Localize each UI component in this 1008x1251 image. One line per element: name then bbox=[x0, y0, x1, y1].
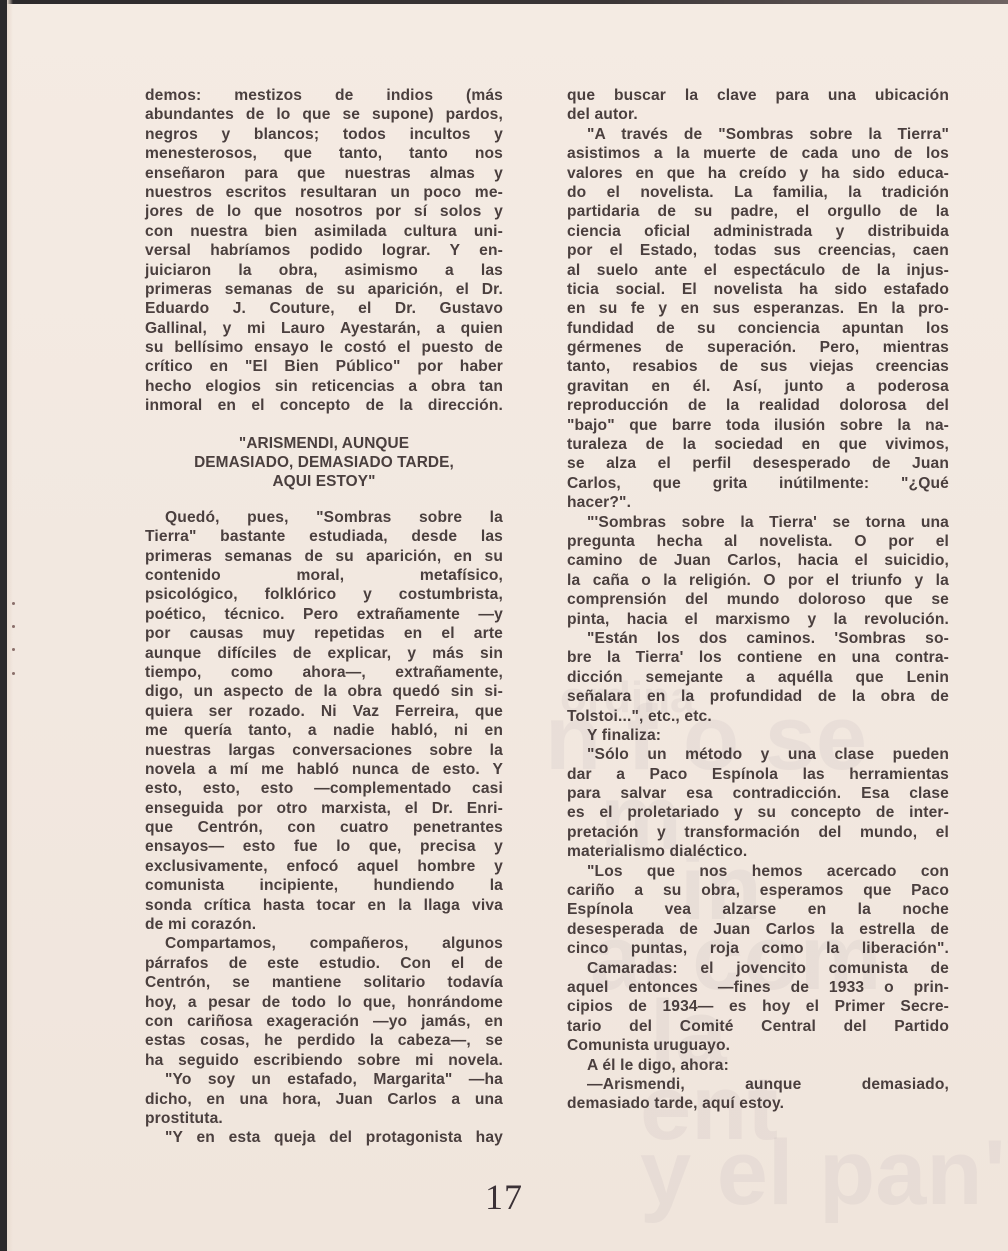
text-line: psicológico, folklórico y costumbrista, bbox=[145, 585, 503, 604]
text-line: su bellísimo ensayo le costó el puesto d… bbox=[145, 338, 503, 357]
text-line: cipios de 1934— es hoy el Primer Secre- bbox=[567, 997, 949, 1016]
text-line: gérmenes de superación. Pero, mientras bbox=[567, 338, 949, 357]
text-line: camino de Juan Carlos, hacia el suicidio… bbox=[567, 551, 949, 570]
text-line: negros y blancos; todos incultos y bbox=[145, 125, 503, 144]
text-line: ha seguido escribiendo sobre mi novela. bbox=[145, 1051, 503, 1070]
text-line: Tolstoi...", etc., etc. bbox=[567, 707, 949, 726]
text-line: es el proletariado y su concepto de inte… bbox=[567, 803, 949, 822]
text-line: demasiado tarde, aquí estoy. bbox=[567, 1094, 949, 1113]
text-line: tario del Comité Central del Partido bbox=[567, 1017, 949, 1036]
text-line: con cariñosa exageración —yo jamás, en bbox=[145, 1012, 503, 1031]
text-line: dar a Paco Espínola las herramientas bbox=[567, 765, 949, 784]
text-line: asistimos a la muerte de cada uno de los bbox=[567, 144, 949, 163]
text-line: aunque difíciles de explicar, y más sin bbox=[145, 644, 503, 663]
text-line: primeras semanas de su aparición, el Dr. bbox=[145, 280, 503, 299]
text-line: prostituta. bbox=[145, 1109, 503, 1128]
text-line: hacer?". bbox=[567, 493, 949, 512]
text-line: turaleza de la sociedad en que vivimos, bbox=[567, 435, 949, 454]
paragraph: "Los que nos hemos acercado con cariño a… bbox=[567, 862, 949, 959]
text-line: en su fe y en sus esperanzas. En la pro- bbox=[567, 299, 949, 318]
text-line: juiciaron la obra, asimismo a las bbox=[145, 261, 503, 280]
text-line: pregunta hecha al novelista. O por el bbox=[567, 532, 949, 551]
text-line: do el novelista. La familia, la tradició… bbox=[567, 183, 949, 202]
page-edge-left bbox=[0, 0, 7, 1251]
text-line: dicción semejante a aquélla que Lenin bbox=[567, 668, 949, 687]
text-line: Compartamos, compañeros, algunos bbox=[145, 934, 503, 953]
text-line: enseguida por otro marxista, el Dr. Enri… bbox=[145, 799, 503, 818]
text-line: que Centrón, con cuatro penetrantes bbox=[145, 818, 503, 837]
text-line: —Arismendi, aunque demasiado, bbox=[567, 1075, 949, 1094]
text-line: dicho, en una hora, Juan Carlos a una bbox=[145, 1090, 503, 1109]
text-line: fundidad de su conciencia apuntan los bbox=[567, 319, 949, 338]
paragraph: "'Sombras sobre la Tierra' se torna una … bbox=[567, 513, 949, 629]
text-line: ensayos— esto fue lo que, precisa y bbox=[145, 837, 503, 856]
text-line: tiempo, como ahora—, extrañamente, bbox=[145, 663, 503, 682]
text-line: Gallinal, y mi Lauro Ayestarán, a quien bbox=[145, 319, 503, 338]
text-line: demos: mestizos de indios (más bbox=[145, 86, 503, 105]
paragraph: "Yo soy un estafado, Margarita" —ha dich… bbox=[145, 1070, 503, 1128]
text-line: ticia social. El novelista ha sido estaf… bbox=[567, 280, 949, 299]
text-line: Camaradas: el jovencito comunista de bbox=[567, 959, 949, 978]
text-line: "Y en esta queja del protagonista hay bbox=[145, 1128, 503, 1147]
paragraph: que buscar la clave para una ubicación d… bbox=[567, 86, 949, 125]
text-line: del autor. bbox=[567, 105, 949, 124]
text-line: Espínola vea alzarse en la noche bbox=[567, 900, 949, 919]
text-line: por causas muy repetidas en el arte bbox=[145, 624, 503, 643]
text-line: novela a mí me habló nunca de esto. Y bbox=[145, 760, 503, 779]
heading-line: "ARISMENDI, AUNQUE bbox=[145, 434, 503, 453]
text-line: materialismo dialéctico. bbox=[567, 842, 949, 861]
paragraph: A él le digo, ahora: bbox=[567, 1056, 949, 1075]
text-line: crítico en "El Bien Público" por haber bbox=[145, 357, 503, 376]
right-column: que buscar la clave para una ubicación d… bbox=[567, 86, 949, 1114]
text-line: tanto, resabios de sus viejas creencias bbox=[567, 357, 949, 376]
text-line: "Los que nos hemos acercado con bbox=[567, 862, 949, 881]
margin-dot bbox=[12, 625, 15, 628]
text-line: cariño a su obra, esperamos que Paco bbox=[567, 881, 949, 900]
heading-line: DEMASIADO, DEMASIADO TARDE, bbox=[145, 453, 503, 472]
text-line: esto, esto, esto —complementado casi bbox=[145, 779, 503, 798]
text-line: Eduardo J. Couture, el Dr. Gustavo bbox=[145, 299, 503, 318]
scanned-page: ordina n f o se m in al com la ent y el … bbox=[0, 0, 1008, 1251]
text-line: jores de lo que nosotros por sí solos y bbox=[145, 202, 503, 221]
text-line: "Yo soy un estafado, Margarita" —ha bbox=[145, 1070, 503, 1089]
text-line: inmoral en el concepto de la dirección. bbox=[145, 396, 503, 415]
text-line: desesperada de Juan Carlos la estrella d… bbox=[567, 920, 949, 939]
text-line: "Están los dos caminos. 'Sombras so- bbox=[567, 629, 949, 648]
text-line: pretación y transformación del mundo, el bbox=[567, 823, 949, 842]
text-line: bre la Tierra' los contiene en una contr… bbox=[567, 648, 949, 667]
text-line: comprensión del mundo doloroso que se bbox=[567, 590, 949, 609]
text-line: Y finaliza: bbox=[567, 726, 949, 745]
text-line: estas cosas, he perdido la cabeza—, se bbox=[145, 1031, 503, 1050]
text-line: gravitan en él. Así, junto a poderosa bbox=[567, 377, 949, 396]
paragraph: Compartamos, compañeros, algunos párrafo… bbox=[145, 934, 503, 1070]
text-line: aquel entonces —fines de 1933 o prin- bbox=[567, 978, 949, 997]
text-line: "bajo" que barre toda ilusión sobre la n… bbox=[567, 416, 949, 435]
text-line: poético, técnico. Pero extrañamente —y bbox=[145, 605, 503, 624]
text-line: ciencia oficial administrada y distribui… bbox=[567, 222, 949, 241]
text-line: "'Sombras sobre la Tierra' se torna una bbox=[567, 513, 949, 532]
paragraph: Camaradas: el jovencito comunista de aqu… bbox=[567, 959, 949, 1056]
page-edge-top bbox=[0, 0, 1008, 4]
text-line: nuestros escritos resultaran un poco me- bbox=[145, 183, 503, 202]
text-line: quiera ser rozado. Ni Vaz Ferreira, que bbox=[145, 702, 503, 721]
text-line: cinco puntas, roja como la liberación". bbox=[567, 939, 949, 958]
paragraph: —Arismendi, aunque demasiado, demasiado … bbox=[567, 1075, 949, 1114]
paragraph: "Sólo un método y una clase pueden dar a… bbox=[567, 745, 949, 861]
text-line: "Sólo un método y una clase pueden bbox=[567, 745, 949, 764]
text-line: versal habríamos podido lograr. Y en- bbox=[145, 241, 503, 260]
paragraph: Quedó, pues, "Sombras sobre la Tierra" b… bbox=[145, 508, 503, 935]
text-line: contenido moral, metafísico, bbox=[145, 566, 503, 585]
text-line: por el Estado, todas sus creencias, caen bbox=[567, 241, 949, 260]
text-line: hecho elogios sin reticencias a obra tan bbox=[145, 377, 503, 396]
paragraph: demos: mestizos de indios (más abundante… bbox=[145, 86, 503, 416]
text-line: abundantes de lo que se supone) pardos, bbox=[145, 105, 503, 124]
text-line: Comunista uruguayo. bbox=[567, 1036, 949, 1055]
margin-dot bbox=[12, 602, 15, 605]
text-line: comunista incipiente, hundiendo la bbox=[145, 876, 503, 895]
section-heading: "ARISMENDI, AUNQUE DEMASIADO, DEMASIADO … bbox=[145, 434, 503, 492]
text-line: me quería tanto, a nadie habló, ni en bbox=[145, 721, 503, 740]
page-number: 17 bbox=[0, 1176, 1008, 1218]
paragraph: Y finaliza: bbox=[567, 726, 949, 745]
text-line: señalara en la profundidad de la obra de bbox=[567, 687, 949, 706]
text-line: para salvar esa contradicción. Esa clase bbox=[567, 784, 949, 803]
text-line: sonda crítica hasta tocar en la llaga vi… bbox=[145, 896, 503, 915]
left-column: demos: mestizos de indios (más abundante… bbox=[145, 86, 503, 1148]
text-line: que buscar la clave para una ubicación bbox=[567, 86, 949, 105]
margin-dot bbox=[12, 672, 15, 675]
text-line: Carlos, que grita inútilmente: "¿Qué bbox=[567, 474, 949, 493]
text-line: con nuestra bien asimilada cultura uni- bbox=[145, 222, 503, 241]
text-line: enseñaron para que nuestras almas y bbox=[145, 164, 503, 183]
text-line: hoy, a pesar de todo lo que, honrándome bbox=[145, 993, 503, 1012]
text-line: al suelo ante el espectáculo de la injus… bbox=[567, 261, 949, 280]
text-line: nuestras largas conversaciones sobre la bbox=[145, 741, 503, 760]
text-line: digo, un aspecto de la obra quedó sin si… bbox=[145, 682, 503, 701]
text-line: pinta, hacia el marxismo y la revolución… bbox=[567, 610, 949, 629]
text-line: "A través de "Sombras sobre la Tierra" bbox=[567, 125, 949, 144]
paragraph: "A través de "Sombras sobre la Tierra" a… bbox=[567, 125, 949, 513]
text-line: Tierra" bastante estudiada, desde las bbox=[145, 527, 503, 546]
heading-line: AQUI ESTOY" bbox=[145, 472, 503, 491]
text-line: Quedó, pues, "Sombras sobre la bbox=[145, 508, 503, 527]
text-line: exclusivamente, enfocó aquel hombre y bbox=[145, 857, 503, 876]
text-line: de mi corazón. bbox=[145, 915, 503, 934]
paragraph: "Están los dos caminos. 'Sombras so- bre… bbox=[567, 629, 949, 726]
text-line: partidaria de su padre, el orgullo de la bbox=[567, 202, 949, 221]
text-line: valores en que ha creído y ha sido educa… bbox=[567, 164, 949, 183]
margin-dot bbox=[12, 648, 15, 651]
paragraph: "Y en esta queja del protagonista hay bbox=[145, 1128, 503, 1147]
text-line: primeras semanas de su aparición, en su bbox=[145, 547, 503, 566]
text-line: Centrón, se mantiene solitario todavía bbox=[145, 973, 503, 992]
text-line: menesterosos, que tanto, tanto nos bbox=[145, 144, 503, 163]
text-line: la caña o la religión. O por el triunfo … bbox=[567, 571, 949, 590]
text-line: párrafos de este estudio. Con el de bbox=[145, 954, 503, 973]
text-line: se alza el perfil desesperado de Juan bbox=[567, 454, 949, 473]
text-line: reproducción de la realidad dolorosa del bbox=[567, 396, 949, 415]
text-line: A él le digo, ahora: bbox=[567, 1056, 949, 1075]
